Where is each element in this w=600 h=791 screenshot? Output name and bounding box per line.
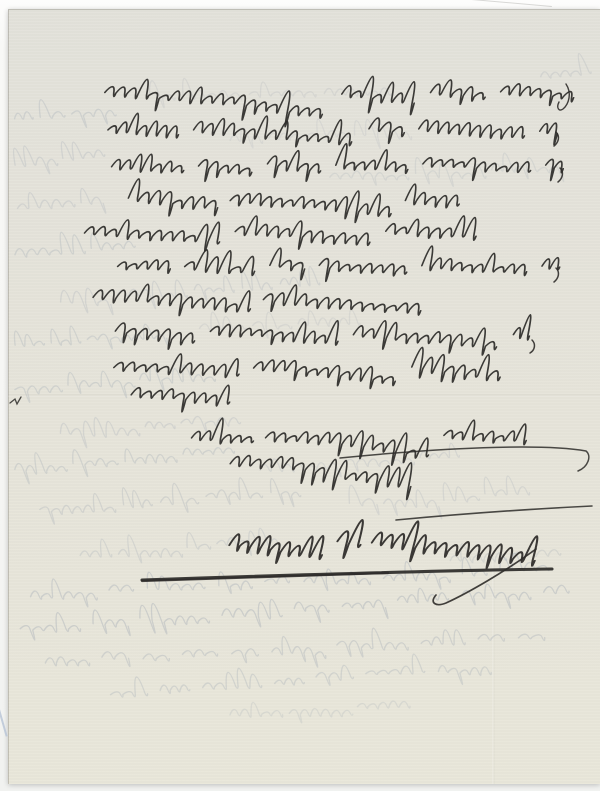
comma-line8 [530, 340, 534, 353]
handwriting-line-4-path [123, 179, 464, 222]
handwriting-line-11 [186, 418, 531, 465]
comma-line3 [558, 168, 562, 182]
photo-background: Entwicklungs ganz mit Ruhe alle verfolge… [0, 0, 600, 791]
handwriting-line-2 [104, 113, 561, 146]
handwriting-ink [0, 0, 600, 791]
signature-tail [433, 549, 536, 605]
handwriting-line-12-path [223, 456, 418, 500]
handwriting-line-12 [223, 456, 418, 500]
signature-underline-taper [142, 573, 388, 581]
handwriting-line-10 [128, 385, 234, 411]
signature [223, 520, 547, 568]
handwriting-line-11-path [186, 418, 531, 465]
handwriting-line-3-path [109, 144, 569, 181]
handwriting-line-7-path [89, 284, 426, 315]
handwriting-line-9-path [109, 347, 506, 388]
handwriting-line-8 [110, 315, 534, 355]
handwriting-line-7 [89, 284, 426, 315]
margin-check-mark [10, 397, 21, 404]
signature-crossbar [396, 506, 592, 520]
handwriting-line-2-path [104, 113, 561, 146]
handwriting-line-5-path [81, 216, 481, 251]
comma-line6 [554, 268, 558, 282]
handwriting-line-8-path [110, 315, 534, 355]
handwriting-line-1-path [98, 76, 578, 126]
handwriting-line-3 [109, 144, 569, 181]
handwriting-line-6 [115, 246, 565, 281]
handwriting-line-10-path [128, 385, 234, 411]
handwriting-line-6-path [115, 246, 565, 281]
hochachtend-crossbar [340, 447, 589, 471]
handwriting-line-1 [98, 76, 578, 126]
handwriting-line-9 [109, 347, 506, 388]
signature-path [223, 520, 547, 568]
handwriting-line-4 [123, 179, 464, 222]
handwriting-line-5 [81, 216, 481, 251]
